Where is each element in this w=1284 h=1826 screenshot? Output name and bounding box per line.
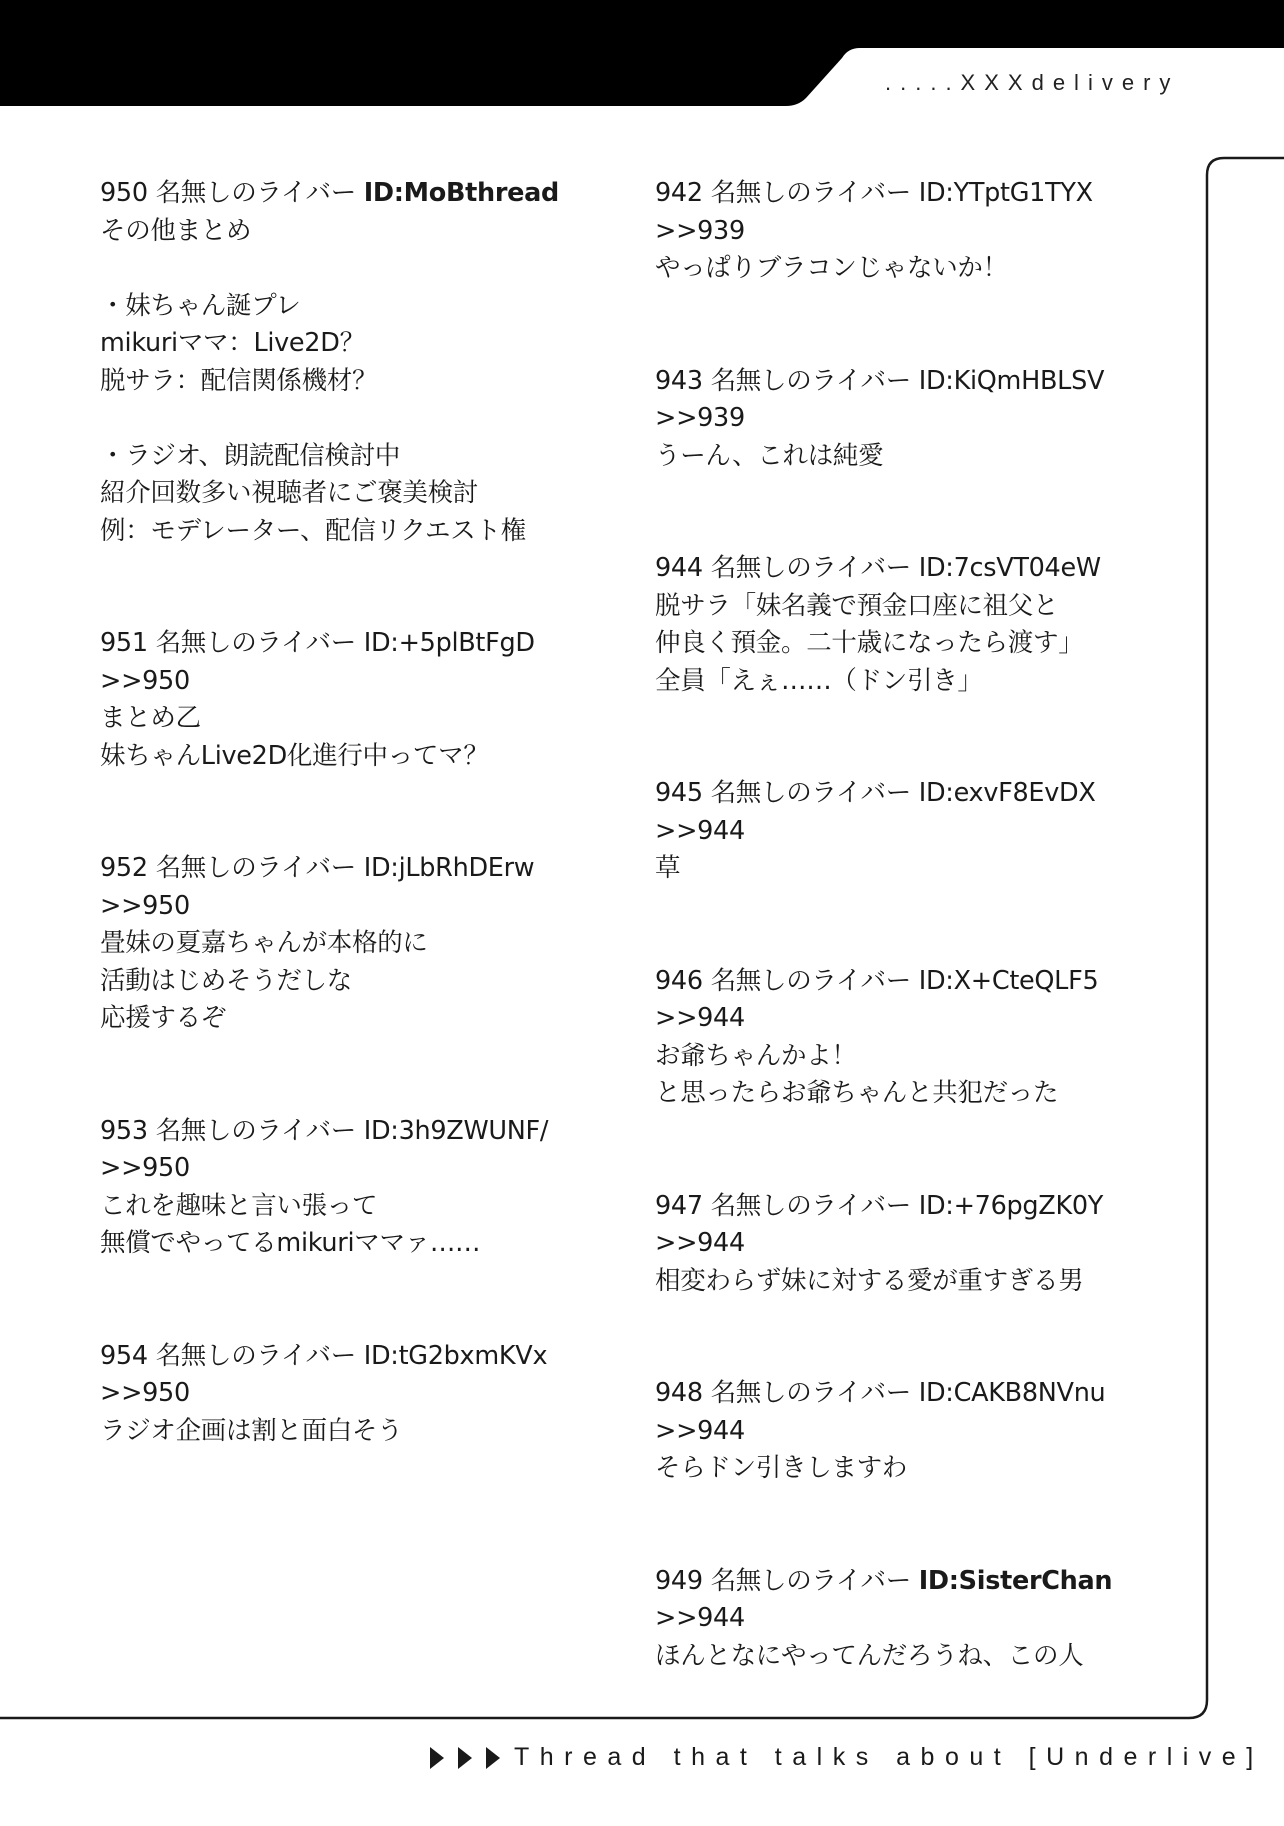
post-header: 951 名無しのライバー ID:+5plBtFgD	[100, 625, 570, 663]
post-line: ・ラジオ、朗読配信検討中	[100, 438, 570, 476]
footer: Thread that talks about [Underlive]	[430, 1743, 1264, 1772]
post-953: 953 名無しのライバー ID:3h9ZWUNF/ >>950 これを趣味と言い…	[100, 1113, 570, 1263]
post-header: 943 名無しのライバー ID:KiQmHBLSV	[655, 363, 1135, 401]
poster-id: ID:YTptG1TYX	[919, 178, 1093, 208]
post-947: 947 名無しのライバー ID:+76pgZK0Y >>944 相変わらず妹に対…	[655, 1188, 1135, 1301]
post-number: 953	[100, 1116, 148, 1146]
post-line: やっぱりブラコンじゃないか！	[655, 250, 1135, 288]
reply-anchor[interactable]: >>944	[655, 1225, 1135, 1263]
poster-name: 名無しのライバー	[711, 178, 911, 208]
poster-id: ID:3h9ZWUNF/	[364, 1116, 548, 1146]
poster-id: ID:+5plBtFgD	[364, 628, 535, 658]
post-942: 942 名無しのライバー ID:YTptG1TYX >>939 やっぱりブラコン…	[655, 175, 1135, 288]
post-948: 948 名無しのライバー ID:CAKB8NVnu >>944 そらドン引きしま…	[655, 1375, 1135, 1488]
post-line: 相変わらず妹に対する愛が重すぎる男	[655, 1263, 1135, 1301]
post-line: 草	[655, 850, 1135, 888]
post-number: 946	[655, 966, 703, 996]
reply-anchor[interactable]: >>950	[100, 1150, 570, 1188]
post-line: 無償でやってるmikuriママァ……	[100, 1225, 570, 1263]
post-line: 仲良く預金。二十歳になったら渡す」	[655, 625, 1135, 663]
poster-name: 名無しのライバー	[156, 1116, 356, 1146]
poster-name: 名無しのライバー	[711, 778, 911, 808]
poster-id: ID:7csVT04eW	[919, 553, 1101, 583]
reply-anchor[interactable]: >>939	[655, 213, 1135, 251]
reply-anchor[interactable]: >>944	[655, 1000, 1135, 1038]
post-line: 活動はじめそうだしな	[100, 963, 570, 1001]
poster-id: ID:X+CteQLF5	[919, 966, 1099, 996]
post-header: 946 名無しのライバー ID:X+CteQLF5	[655, 963, 1135, 1001]
post-line: そらドン引きしますわ	[655, 1450, 1135, 1488]
post-line: 例：モデレーター、配信リクエスト権	[100, 513, 570, 551]
post-header: 947 名無しのライバー ID:+76pgZK0Y	[655, 1188, 1135, 1226]
post-line: 妹ちゃんLive2D化進行中ってマ？	[100, 738, 570, 776]
poster-id: ID:KiQmHBLSV	[919, 366, 1104, 396]
post-line: これを趣味と言い張って	[100, 1188, 570, 1226]
post-line: ラジオ企画は割と面白そう	[100, 1413, 570, 1451]
poster-name: 名無しのライバー	[711, 1566, 911, 1596]
header-title: .....XXXdelivery	[885, 70, 1179, 96]
poster-name: 名無しのライバー	[156, 628, 356, 658]
reply-anchor[interactable]: >>944	[655, 1413, 1135, 1451]
reply-anchor[interactable]: >>944	[655, 1600, 1135, 1638]
poster-name: 名無しのライバー	[711, 553, 911, 583]
post-header: 944 名無しのライバー ID:7csVT04eW	[655, 550, 1135, 588]
post-950: 950 名無しのライバー ID:MoBthread その他まとめ ・妹ちゃん誕プ…	[100, 175, 570, 550]
post-header: 949 名無しのライバー ID:SisterChan	[655, 1563, 1135, 1601]
post-number: 950	[100, 178, 148, 208]
post-header: 952 名無しのライバー ID:jLbRhDErw	[100, 850, 570, 888]
post-header: 954 名無しのライバー ID:tG2bxmKVx	[100, 1338, 570, 1376]
reply-anchor[interactable]: >>939	[655, 400, 1135, 438]
post-line: お爺ちゃんかよ！	[655, 1038, 1135, 1076]
triple-triangle-right-icon	[430, 1747, 514, 1769]
post-number: 943	[655, 366, 703, 396]
post-line: ほんとなにやってんだろうね、この人	[655, 1638, 1135, 1676]
poster-name: 名無しのライバー	[711, 366, 911, 396]
post-line: 紹介回数多い視聴者にご褒美検討	[100, 475, 570, 513]
post-945: 945 名無しのライバー ID:exvF8EvDX >>944 草	[655, 775, 1135, 888]
post-line: 脱サラ：配信関係機材？	[100, 363, 570, 401]
post-line: 脱サラ「妹名義で預金口座に祖父と	[655, 588, 1135, 626]
poster-id: ID:CAKB8NVnu	[919, 1378, 1106, 1408]
poster-name: 名無しのライバー	[711, 1378, 911, 1408]
poster-name: 名無しのライバー	[711, 966, 911, 996]
poster-name: 名無しのライバー	[156, 178, 356, 208]
post-number: 945	[655, 778, 703, 808]
poster-id: ID:MoBthread	[364, 178, 559, 208]
post-line: と思ったらお爺ちゃんと共犯だった	[655, 1075, 1135, 1113]
post-954: 954 名無しのライバー ID:tG2bxmKVx >>950 ラジオ企画は割と…	[100, 1338, 570, 1451]
reply-anchor[interactable]: >>950	[100, 663, 570, 701]
post-line: mikuriママ：Live2D？	[100, 325, 570, 363]
post-line: その他まとめ	[100, 213, 570, 251]
post-949: 949 名無しのライバー ID:SisterChan >>944 ほんとなにやっ…	[655, 1563, 1135, 1676]
reply-anchor[interactable]: >>944	[655, 813, 1135, 851]
footer-text: Thread that talks about [Underlive]	[514, 1743, 1264, 1772]
post-header: 942 名無しのライバー ID:YTptG1TYX	[655, 175, 1135, 213]
poster-name: 名無しのライバー	[156, 1341, 356, 1371]
post-951: 951 名無しのライバー ID:+5plBtFgD >>950 まとめ乙 妹ちゃ…	[100, 625, 570, 775]
poster-id: ID:jLbRhDErw	[364, 853, 535, 883]
post-number: 951	[100, 628, 148, 658]
post-944: 944 名無しのライバー ID:7csVT04eW 脱サラ「妹名義で預金口座に祖…	[655, 550, 1135, 700]
blank-line	[100, 250, 570, 288]
post-header: 948 名無しのライバー ID:CAKB8NVnu	[655, 1375, 1135, 1413]
post-number: 944	[655, 553, 703, 583]
post-952: 952 名無しのライバー ID:jLbRhDErw >>950 畳妹の夏嘉ちゃん…	[100, 850, 570, 1038]
blank-line	[100, 400, 570, 438]
post-number: 954	[100, 1341, 148, 1371]
post-line: うーん、これは純愛	[655, 438, 1135, 476]
poster-id: ID:exvF8EvDX	[919, 778, 1096, 808]
poster-name: 名無しのライバー	[711, 1191, 911, 1221]
post-header: 950 名無しのライバー ID:MoBthread	[100, 175, 570, 213]
post-line: 畳妹の夏嘉ちゃんが本格的に	[100, 925, 570, 963]
post-number: 947	[655, 1191, 703, 1221]
post-line: 全員「えぇ……（ドン引き」	[655, 663, 1135, 701]
post-line: まとめ乙	[100, 700, 570, 738]
post-line: ・妹ちゃん誕プレ	[100, 288, 570, 326]
post-946: 946 名無しのライバー ID:X+CteQLF5 >>944 お爺ちゃんかよ！…	[655, 963, 1135, 1113]
post-header: 953 名無しのライバー ID:3h9ZWUNF/	[100, 1113, 570, 1151]
poster-id: ID:tG2bxmKVx	[364, 1341, 548, 1371]
reply-anchor[interactable]: >>950	[100, 1375, 570, 1413]
post-number: 952	[100, 853, 148, 883]
poster-name: 名無しのライバー	[156, 853, 356, 883]
post-number: 942	[655, 178, 703, 208]
reply-anchor[interactable]: >>950	[100, 888, 570, 926]
post-number: 948	[655, 1378, 703, 1408]
poster-id: ID:SisterChan	[919, 1566, 1113, 1596]
left-column: 950 名無しのライバー ID:MoBthread その他まとめ ・妹ちゃん誕プ…	[100, 175, 570, 1450]
post-943: 943 名無しのライバー ID:KiQmHBLSV >>939 うーん、これは純…	[655, 363, 1135, 476]
poster-id: ID:+76pgZK0Y	[919, 1191, 1103, 1221]
post-line: 応援するぞ	[100, 1000, 570, 1038]
post-number: 949	[655, 1566, 703, 1596]
post-header: 945 名無しのライバー ID:exvF8EvDX	[655, 775, 1135, 813]
right-column: 942 名無しのライバー ID:YTptG1TYX >>939 やっぱりブラコン…	[655, 175, 1135, 1675]
